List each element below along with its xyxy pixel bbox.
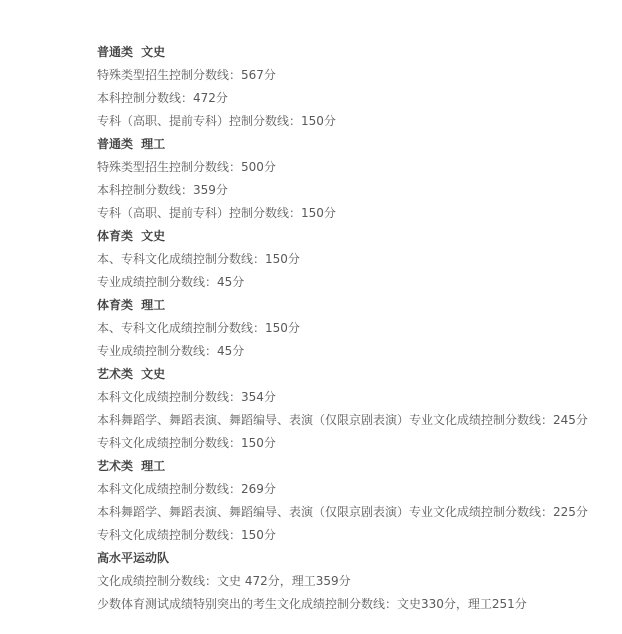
score-line: 专科文化成绩控制分数线：150分 (97, 524, 567, 547)
score-lines-page: 普通类 文史 特殊类型招生控制分数线：567分 本科控制分数线：472分 专科（… (0, 0, 622, 634)
score-line: 本科文化成绩控制分数线：354分 (97, 386, 567, 409)
section-heading-arts-liberal-arts: 艺术类 文史 (97, 363, 567, 386)
score-line: 本科文化成绩控制分数线：269分 (97, 478, 567, 501)
section-heading-high-level-sports-team: 高水平运动队 (97, 547, 567, 570)
score-line: 本、专科文化成绩控制分数线：150分 (97, 248, 567, 271)
section-heading-general-liberal-arts: 普通类 文史 (97, 41, 567, 64)
score-line: 本、专科文化成绩控制分数线：150分 (97, 317, 567, 340)
section-heading-sports-science: 体育类 理工 (97, 294, 567, 317)
score-line: 特殊类型招生控制分数线：567分 (97, 64, 567, 87)
score-line: 本科舞蹈学、舞蹈表演、舞蹈编导、表演（仅限京剧表演）专业文化成绩控制分数线：24… (97, 409, 567, 432)
score-line: 文化成绩控制分数线：文史 472分，理工359分 (97, 570, 567, 593)
score-line: 本科控制分数线：472分 (97, 87, 567, 110)
score-line: 专业成绩控制分数线：45分 (97, 340, 567, 363)
score-line: 专科（高职、提前专科）控制分数线：150分 (97, 202, 567, 225)
score-line: 本科舞蹈学、舞蹈表演、舞蹈编导、表演（仅限京剧表演）专业文化成绩控制分数线：22… (97, 501, 567, 524)
score-line: 少数体育测试成绩特别突出的考生文化成绩控制分数线：文史330分，理工251分 (97, 593, 567, 616)
section-heading-sports-liberal-arts: 体育类 文史 (97, 225, 567, 248)
score-line: 特殊类型招生控制分数线：500分 (97, 156, 567, 179)
section-heading-arts-science: 艺术类 理工 (97, 455, 567, 478)
score-line: 专科（高职、提前专科）控制分数线：150分 (97, 110, 567, 133)
score-line: 专业成绩控制分数线：45分 (97, 271, 567, 294)
section-heading-general-science: 普通类 理工 (97, 133, 567, 156)
score-lines-content: 普通类 文史 特殊类型招生控制分数线：567分 本科控制分数线：472分 专科（… (97, 41, 567, 616)
score-line: 本科控制分数线：359分 (97, 179, 567, 202)
score-line: 专科文化成绩控制分数线：150分 (97, 432, 567, 455)
